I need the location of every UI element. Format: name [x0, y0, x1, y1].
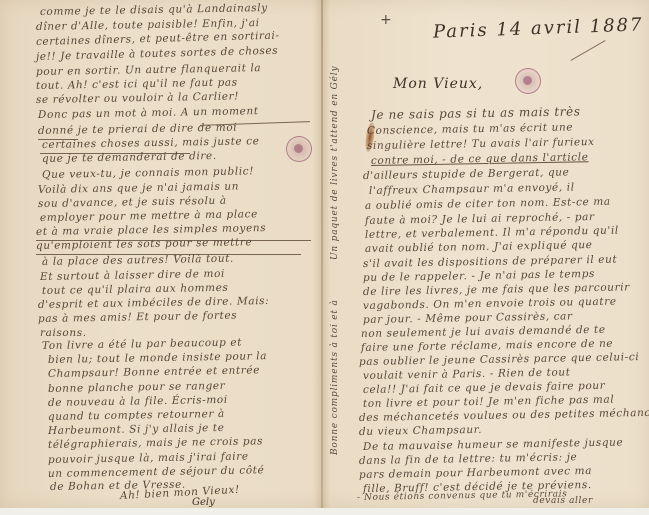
text-line: Voilà dix ans que je n'ai jamais un: [38, 180, 239, 196]
text-line: singulière lettre! Tu avais l'air furieu…: [367, 136, 595, 152]
text-line: tout ce qu'il plaira aux hommes: [42, 282, 229, 297]
text-line: vagabonds. On m'en envoie trois ou quatr…: [363, 296, 617, 312]
text-line: Que veux-tu, je connais mon public!: [42, 165, 254, 181]
text-line: bien lu; tout le monde insiste pour la: [48, 350, 267, 366]
text-line: par jour. - Même pour Cassirès, car: [363, 310, 573, 326]
date-flourish: [570, 40, 605, 61]
right-page: + Paris 14 avril 1887 Mon Vieux, Je ne s…: [323, 0, 649, 508]
text-line: l'affreux Champsaur m'a envoyé, il: [369, 181, 575, 197]
text-line: voulait venir à Paris. - Rien de tout: [363, 366, 571, 382]
left-page: comme je te le disais qu'à Landainasly d…: [0, 0, 321, 508]
text-line: quand tu comptes retourner à: [48, 408, 225, 423]
text-line: Donc pas un mot à moi. A un moment: [38, 105, 259, 121]
text-line: Ton livre a été lu par beaucoup et: [42, 337, 242, 352]
text-line: télégraphierais, mais je ne crois pas: [48, 435, 263, 451]
text-line: employer pour me mettre à ma place: [40, 208, 258, 224]
text-line: devais aller: [533, 496, 593, 506]
text-line: raisons.: [40, 327, 87, 339]
text-line: De ta mauvaise humeur se manifeste jusqu…: [363, 436, 623, 453]
letter-date: Paris 14 avril 1887: [433, 14, 644, 42]
text-line: contre moi, - de ce que dans l'article: [371, 151, 589, 167]
signature: Gely: [192, 497, 215, 508]
text-line: de nouveau à la file. Écris-moi: [48, 394, 228, 409]
text-line: pas à mes amis! Et pour de fortes: [38, 310, 237, 325]
text-line: a oublié omis de citer ton nom. Est-ce m…: [365, 196, 611, 212]
text-line: à la place des autres! Voilà tout.: [42, 253, 234, 268]
text-line: avait oublié ton nom. J'ai expliqué que: [365, 239, 593, 255]
letter-scan: comme je te le disais qu'à Landainasly d…: [0, 0, 649, 515]
text-line: donné je te prierai de dire de moi: [38, 122, 237, 137]
text-line: Et surtout à laisser dire de moi: [40, 268, 225, 283]
text-line: sou d'avance, et je suis résolu à: [38, 195, 227, 210]
text-line: pas oublier le jeune Cassirès parce que …: [359, 351, 639, 368]
text-line: Champsaur! Bonne entrée et entrée: [48, 364, 260, 380]
library-stamp-icon: [515, 68, 541, 94]
text-line: que je te demanderai de dire.: [42, 150, 217, 165]
text-line: tout. Ah! c'est ici qu'il ne faut pas: [36, 76, 238, 92]
text-line: certaines choses aussi, mais juste ce: [42, 135, 260, 151]
library-stamp-icon: [286, 136, 312, 162]
scan-bottom-margin: [0, 508, 649, 515]
text-line: pour en sortir. Un autre flanquerait la: [36, 62, 261, 78]
text-line: dans la fin de ta lettre: tu m'écris: je: [359, 451, 578, 467]
text-line: se révolter ou vouloir à la Carlier!: [36, 90, 239, 106]
text-line: un commencement de séjour du côté: [48, 464, 265, 480]
text-line: Conscience, mais tu m'as écrit une: [367, 121, 573, 137]
text-line: Harbeumont. Si j'y allais je te: [48, 422, 225, 437]
salutation: Mon Vieux,: [393, 76, 483, 92]
text-line: je!! Je travaille à toutes sortes de cho…: [36, 45, 279, 63]
underline: [36, 240, 311, 241]
cross-mark-icon: +: [380, 12, 392, 28]
text-line: du vieux Champsaur.: [359, 424, 482, 438]
text-line: d'ailleurs stupide de Bergerat, que: [363, 166, 570, 182]
text-line: comme je te le disais qu'à Landainasly: [40, 2, 268, 18]
text-line: pouvoir jusque là, mais j'irai faire: [48, 450, 249, 465]
text-line: Je ne sais pas si tu as mais très: [371, 104, 581, 122]
text-line: bonne planche pour se ranger: [48, 380, 226, 395]
text-line: qu'emploient les sots pour se mettre: [36, 236, 253, 252]
